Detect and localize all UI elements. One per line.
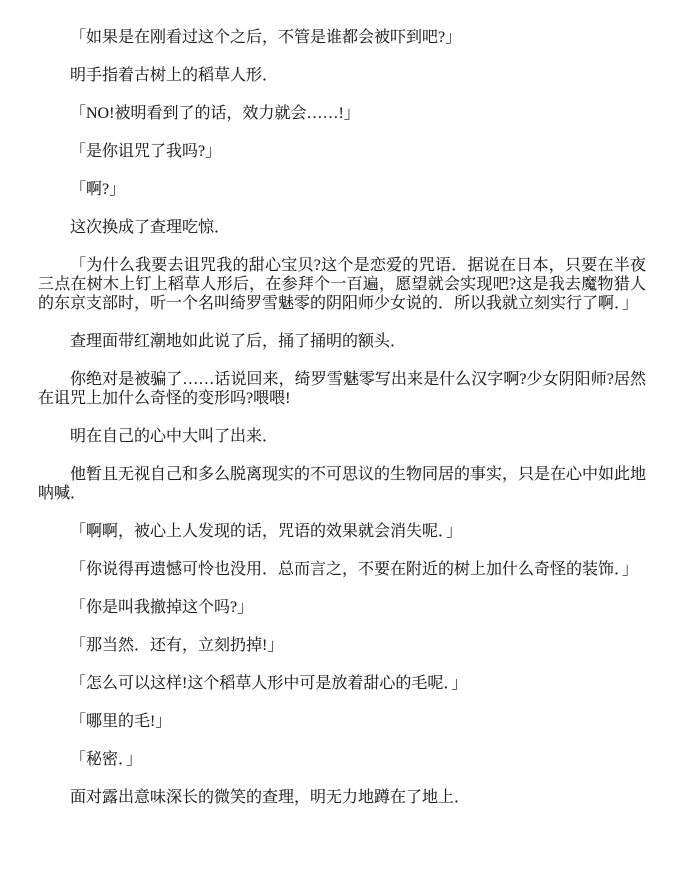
- paragraph-dialogue: 「你说得再遗憾可怜也没用．总而言之，不要在附近的树上加什么奇怪的装饰．」: [38, 560, 646, 579]
- paragraph-dialogue: 「NO!被明看到了的话，效力就会……!」: [38, 104, 646, 123]
- paragraph-narration: 面对露出意味深长的微笑的查理，明无力地蹲在了地上．: [38, 788, 646, 807]
- paragraph-narration: 明手指着古树上的稻草人形．: [38, 66, 646, 85]
- paragraph-dialogue: 「你是叫我撤掉这个吗?」: [38, 598, 646, 617]
- paragraph-dialogue: 「那当然．还有，立刻扔掉!」: [38, 636, 646, 655]
- paragraph-dialogue: 「怎么可以这样!这个稻草人形中可是放着甜心的毛呢．」: [38, 674, 646, 693]
- paragraph-dialogue: 「是你诅咒了我吗?」: [38, 142, 646, 161]
- paragraph-dialogue: 「啊?」: [38, 180, 646, 199]
- paragraph-narration: 查理面带红潮地如此说了后，捅了捅明的额头．: [38, 332, 646, 351]
- paragraph-dialogue: 「啊啊，被心上人发现的话，咒语的效果就会消失呢．」: [38, 522, 646, 541]
- paragraph-narration: 明在自己的心中大叫了出来．: [38, 427, 646, 446]
- paragraph-narration: 这次换成了查理吃惊．: [38, 218, 646, 237]
- paragraph-monologue: 你绝对是被骗了……话说回来，绮罗雪魅零写出来是什么汉字啊?少女阴阳师?居然在诅咒…: [38, 370, 646, 408]
- paragraph-dialogue: 「为什么我要去诅咒我的甜心宝贝?这个是恋爱的咒语．据说在日本，只要在半夜三点在树…: [38, 256, 646, 313]
- document-page: 「如果是在刚看过这个之后，不管是谁都会被吓到吧?」 明手指着古树上的稻草人形． …: [0, 0, 680, 880]
- paragraph-narration: 他暂且无视自己和多么脱离现实的不可思议的生物同居的事实，只是在心中如此地呐喊．: [38, 465, 646, 503]
- paragraph-dialogue: 「哪里的毛!」: [38, 712, 646, 731]
- novel-text-block: 「如果是在刚看过这个之后，不管是谁都会被吓到吧?」 明手指着古树上的稻草人形． …: [38, 28, 646, 807]
- paragraph-dialogue: 「秘密．」: [38, 750, 646, 769]
- paragraph-dialogue: 「如果是在刚看过这个之后，不管是谁都会被吓到吧?」: [38, 28, 646, 47]
